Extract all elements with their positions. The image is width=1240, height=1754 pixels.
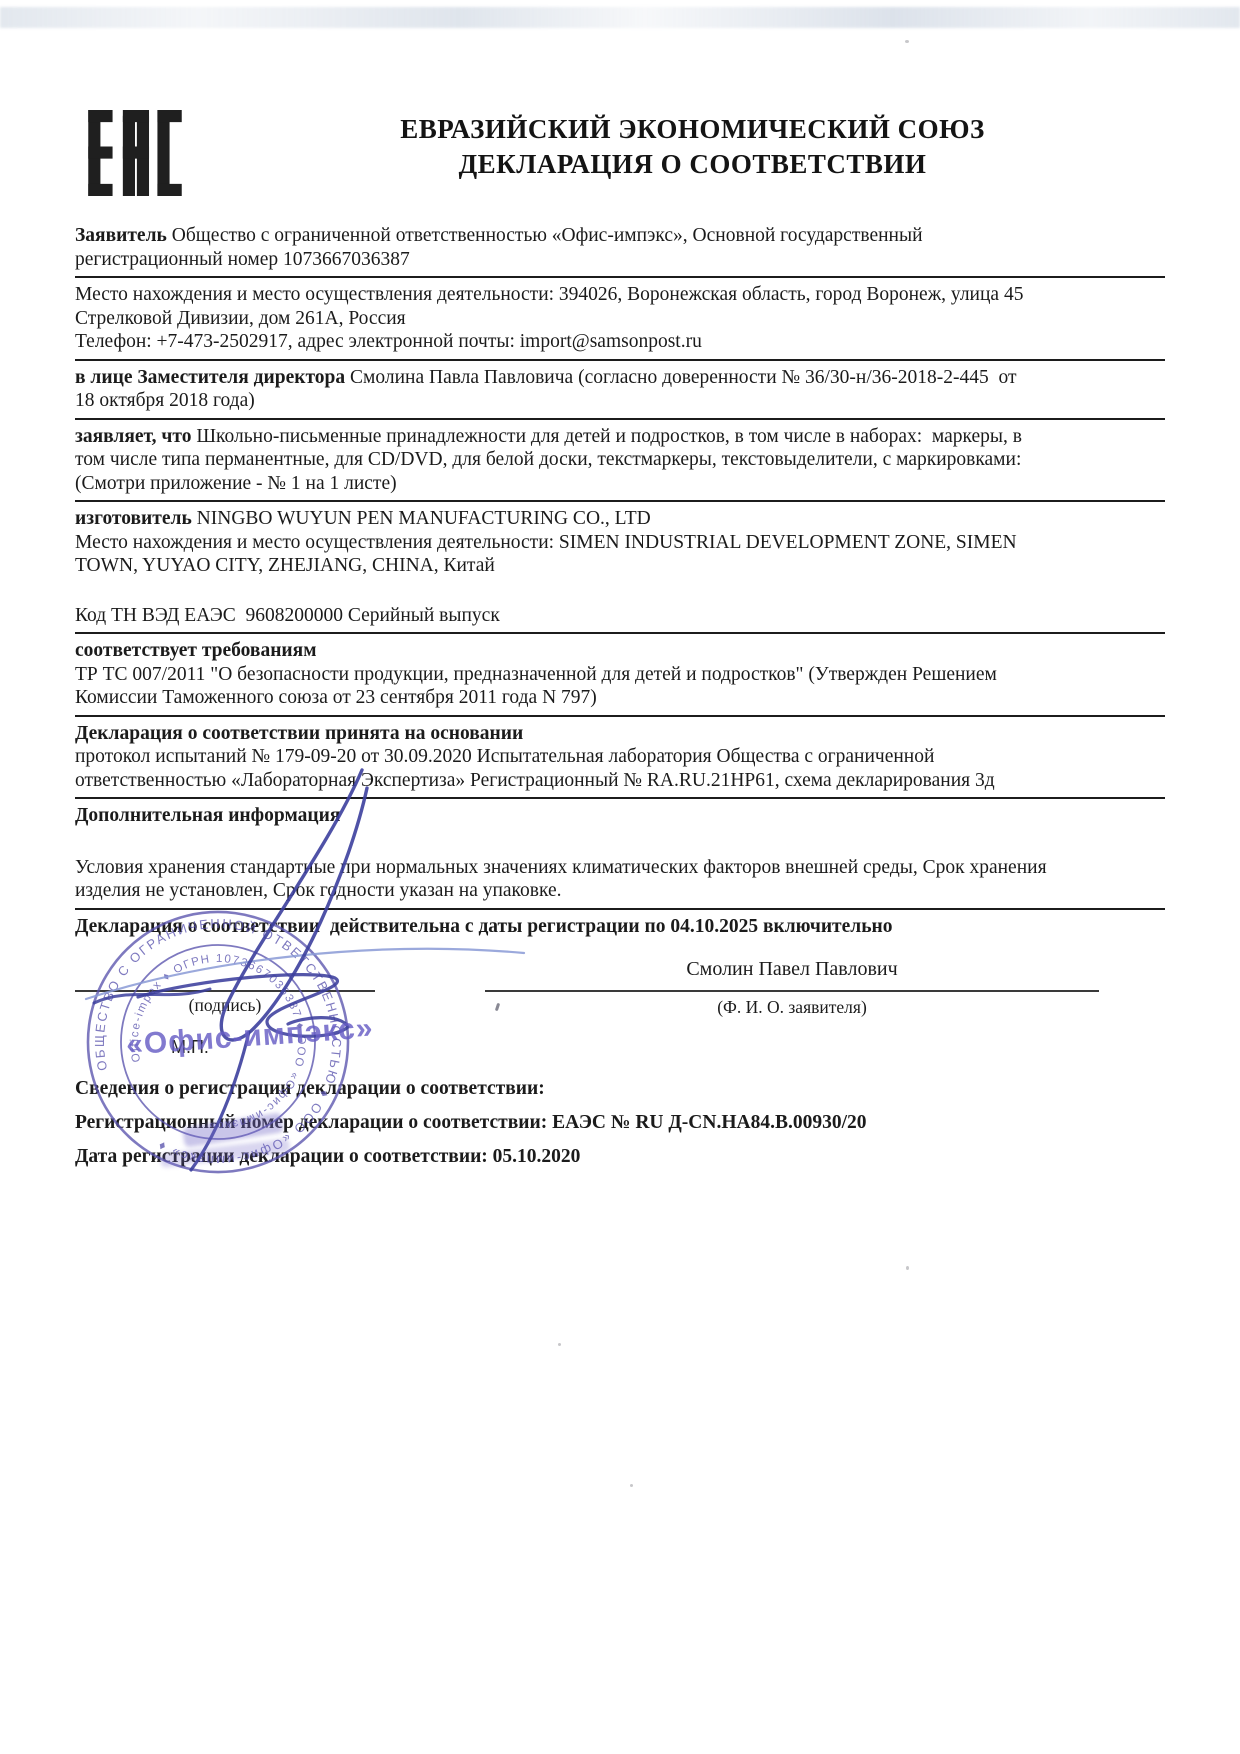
subject-line: заявляет, что Школьно-письменные принадл… <box>75 425 1165 449</box>
section-divider <box>75 359 1165 361</box>
document-title-line1: ЕВРАЗИЙСКИЙ ЭКОНОМИЧЕСКИЙ СОЮЗ <box>250 112 1135 147</box>
scan-speck <box>906 1266 909 1270</box>
scan-speck <box>630 1484 633 1487</box>
basis-line: ответственностью «Лабораторная Экспертиз… <box>75 769 1165 793</box>
scan-speck <box>558 1343 561 1346</box>
scan-speck <box>905 40 909 43</box>
eac-mark-icon <box>88 110 182 196</box>
section-divider <box>75 632 1165 634</box>
signature-caption: (подпись) <box>130 994 320 1018</box>
manufacturer-label: изготовитель <box>75 508 192 529</box>
spacer <box>75 828 1165 856</box>
declaration-document: ЕВРАЗИЙСКИЙ ЭКОНОМИЧЕСКИЙ СОЮЗ ДЕКЛАРАЦИ… <box>0 0 1240 1754</box>
section-divider <box>75 715 1165 717</box>
representative-line: в лице Заместителя директора Смолина Пав… <box>75 366 1165 390</box>
applicant-line: Заявитель Общество с ограниченной ответс… <box>75 224 1165 248</box>
applicant-name-line <box>485 990 1099 992</box>
applicant-name-caption: (Ф. И. О. заявителя) <box>485 996 1099 1020</box>
subject-line: (Смотри приложение - № 1 на 1 листе) <box>75 472 1165 496</box>
applicant-label: Заявитель <box>75 225 167 246</box>
spacer <box>75 578 1165 604</box>
location-line: Телефон: +7-473-2502917, адрес электронн… <box>75 330 1165 354</box>
compliance-heading: соответствует требованиям <box>75 639 1165 663</box>
compliance-line: Комиссии Таможенного союза от 23 сентябр… <box>75 686 1165 710</box>
representative-label: в лице Заместителя директора <box>75 367 345 388</box>
additional-info-heading: Дополнительная информация <box>75 804 1165 828</box>
manufacturer-line: Место нахождения и место осуществления д… <box>75 531 1165 555</box>
manufacturer-line: изготовитель NINGBO WUYUN PEN MANUFACTUR… <box>75 507 1165 531</box>
section-divider <box>75 908 1165 910</box>
location-line: Стрелковой Дивизии, дом 261А, Россия <box>75 307 1165 331</box>
tnved-code-line: Код ТН ВЭД ЕАЭС 9608200000 Серийный выпу… <box>75 604 1165 628</box>
section-divider <box>75 797 1165 799</box>
manufacturer-line: TOWN, YUYAO CITY, ZHEJIANG, CHINA, Китай <box>75 554 1165 578</box>
basis-heading: Декларация о соответствии принята на осн… <box>75 722 1165 746</box>
registration-heading: Сведения о регистрации декларации о соот… <box>75 1076 1165 1101</box>
subject-line: том числе типа перманентные, для CD/DVD,… <box>75 448 1165 472</box>
section-divider <box>75 418 1165 420</box>
document-title: ЕВРАЗИЙСКИЙ ЭКОНОМИЧЕСКИЙ СОЮЗ ДЕКЛАРАЦИ… <box>250 112 1135 182</box>
location-line: Место нахождения и место осуществления д… <box>75 283 1165 307</box>
section-divider <box>75 276 1165 278</box>
subject-label: заявляет, что <box>75 426 192 447</box>
representative-line: 18 октября 2018 года) <box>75 389 1165 413</box>
additional-info-line: изделия не установлен, Срок годности ука… <box>75 879 1165 903</box>
validity-line: Декларация о соответствии действительна … <box>75 915 1165 939</box>
compliance-line: ТР ТС 007/2011 "О безопасности продукции… <box>75 663 1165 687</box>
scan-artifact-band <box>0 7 1240 28</box>
additional-info-line: Условия хранения стандартные при нормаль… <box>75 856 1165 880</box>
applicant-line: регистрационный номер 1073667036387 <box>75 248 1165 272</box>
signature-line <box>75 990 375 992</box>
applicant-name: Смолин Павел Павлович <box>485 958 1099 982</box>
section-divider <box>75 500 1165 502</box>
document-title-line2: ДЕКЛАРАЦИЯ О СООТВЕТСТВИИ <box>250 147 1135 182</box>
basis-line: протокол испытаний № 179-09-20 от 30.09.… <box>75 745 1165 769</box>
